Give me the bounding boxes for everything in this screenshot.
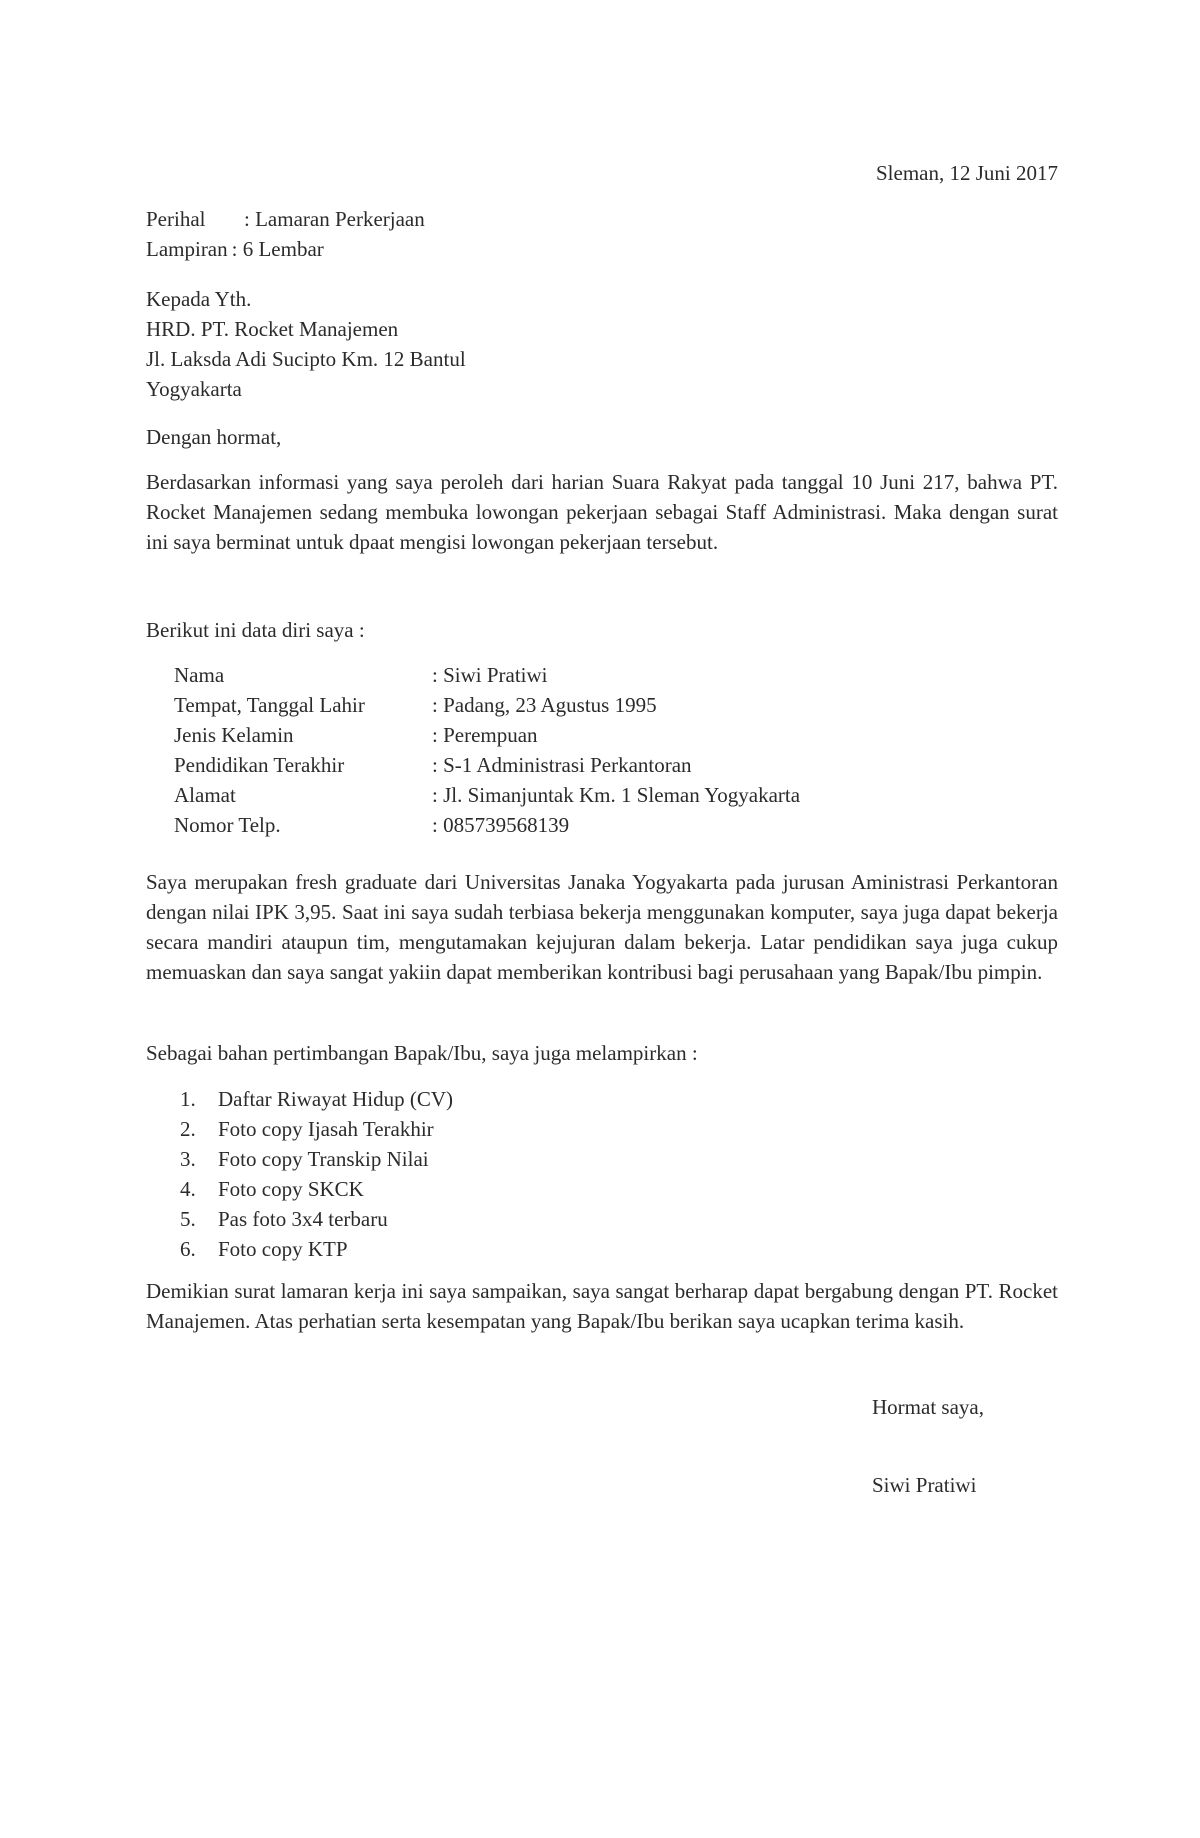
list-number: 3. (180, 1144, 218, 1174)
signature-name: Siwi Pratiwi (872, 1470, 976, 1500)
recipient-line: HRD. PT. Rocket Manajemen (146, 314, 1058, 344)
greeting: Dengan hormat, (146, 422, 1058, 452)
opening-paragraph: Berdasarkan informasi yang saya peroleh … (146, 467, 1058, 557)
personal-data-intro: Berikut ini data diri saya : (146, 615, 1058, 645)
list-number: 6. (180, 1234, 218, 1264)
field-label: Pendidikan Terakhir (174, 750, 432, 780)
attachments-intro: Sebagai bahan pertimbangan Bapak/Ibu, sa… (146, 1038, 1058, 1068)
personal-data-row: Nomor Telp. : 085739568139 (174, 810, 800, 840)
personal-data-row: Pendidikan Terakhir : S-1 Administrasi P… (174, 750, 800, 780)
field-value: : Siwi Pratiwi (432, 660, 548, 690)
perihal-value: : Lamaran Perkerjaan (244, 204, 425, 234)
perihal-row: Perihal : Lamaran Perkerjaan (146, 204, 1058, 234)
field-value: : 085739568139 (432, 810, 569, 840)
list-item: 1. Daftar Riwayat Hidup (CV) (180, 1084, 453, 1114)
list-text: Foto copy KTP (218, 1234, 348, 1264)
field-label: Nama (174, 660, 432, 690)
field-value: : Jl. Simanjuntak Km. 1 Sleman Yogyakart… (432, 780, 800, 810)
lampiran-label: Lampiran (146, 234, 228, 264)
letter-page: Sleman, 12 Juni 2017 Perihal : Lamaran P… (0, 0, 1200, 1838)
list-item: 5. Pas foto 3x4 terbaru (180, 1204, 453, 1234)
personal-data-row: Alamat : Jl. Simanjuntak Km. 1 Sleman Yo… (174, 780, 800, 810)
field-value: : S-1 Administrasi Perkantoran (432, 750, 692, 780)
recipient-line: Yogyakarta (146, 374, 1058, 404)
recipient-line: Kepada Yth. (146, 284, 1058, 314)
field-value: : Padang, 23 Agustus 1995 (432, 690, 657, 720)
list-item: 3. Foto copy Transkip Nilai (180, 1144, 453, 1174)
list-number: 2. (180, 1114, 218, 1144)
attachments-list: 1. Daftar Riwayat Hidup (CV) 2. Foto cop… (180, 1084, 453, 1264)
field-label: Nomor Telp. (174, 810, 432, 840)
closing-paragraph: Demikian surat lamaran kerja ini saya sa… (146, 1276, 1058, 1336)
list-text: Pas foto 3x4 terbaru (218, 1204, 388, 1234)
list-number: 5. (180, 1204, 218, 1234)
recipient-line: Jl. Laksda Adi Sucipto Km. 12 Bantul (146, 344, 1058, 374)
qualifications-paragraph: Saya merupakan fresh graduate dari Unive… (146, 867, 1058, 987)
list-item: 2. Foto copy Ijasah Terakhir (180, 1114, 453, 1144)
personal-data-row: Tempat, Tanggal Lahir : Padang, 23 Agust… (174, 690, 800, 720)
list-item: 6. Foto copy KTP (180, 1234, 453, 1264)
field-value: : Perempuan (432, 720, 538, 750)
list-text: Daftar Riwayat Hidup (CV) (218, 1084, 453, 1114)
closing-salutation: Hormat saya, (872, 1392, 984, 1422)
personal-data-row: Nama : Siwi Pratiwi (174, 660, 800, 690)
recipient-address: Kepada Yth. HRD. PT. Rocket Manajemen Jl… (146, 284, 1058, 404)
place-date: Sleman, 12 Juni 2017 (876, 158, 1058, 188)
list-text: Foto copy Transkip Nilai (218, 1144, 429, 1174)
perihal-label: Perihal (146, 204, 244, 234)
list-number: 4. (180, 1174, 218, 1204)
personal-data-table: Nama : Siwi Pratiwi Tempat, Tanggal Lahi… (174, 660, 800, 840)
list-text: Foto copy SKCK (218, 1174, 364, 1204)
field-label: Tempat, Tanggal Lahir (174, 690, 432, 720)
personal-data-row: Jenis Kelamin : Perempuan (174, 720, 800, 750)
list-text: Foto copy Ijasah Terakhir (218, 1114, 434, 1144)
field-label: Alamat (174, 780, 432, 810)
lampiran-value: : 6 Lembar (232, 234, 324, 264)
list-item: 4. Foto copy SKCK (180, 1174, 453, 1204)
field-label: Jenis Kelamin (174, 720, 432, 750)
list-number: 1. (180, 1084, 218, 1114)
lampiran-row: Lampiran : 6 Lembar (146, 234, 1058, 264)
subject-block: Perihal : Lamaran Perkerjaan Lampiran : … (146, 204, 1058, 264)
